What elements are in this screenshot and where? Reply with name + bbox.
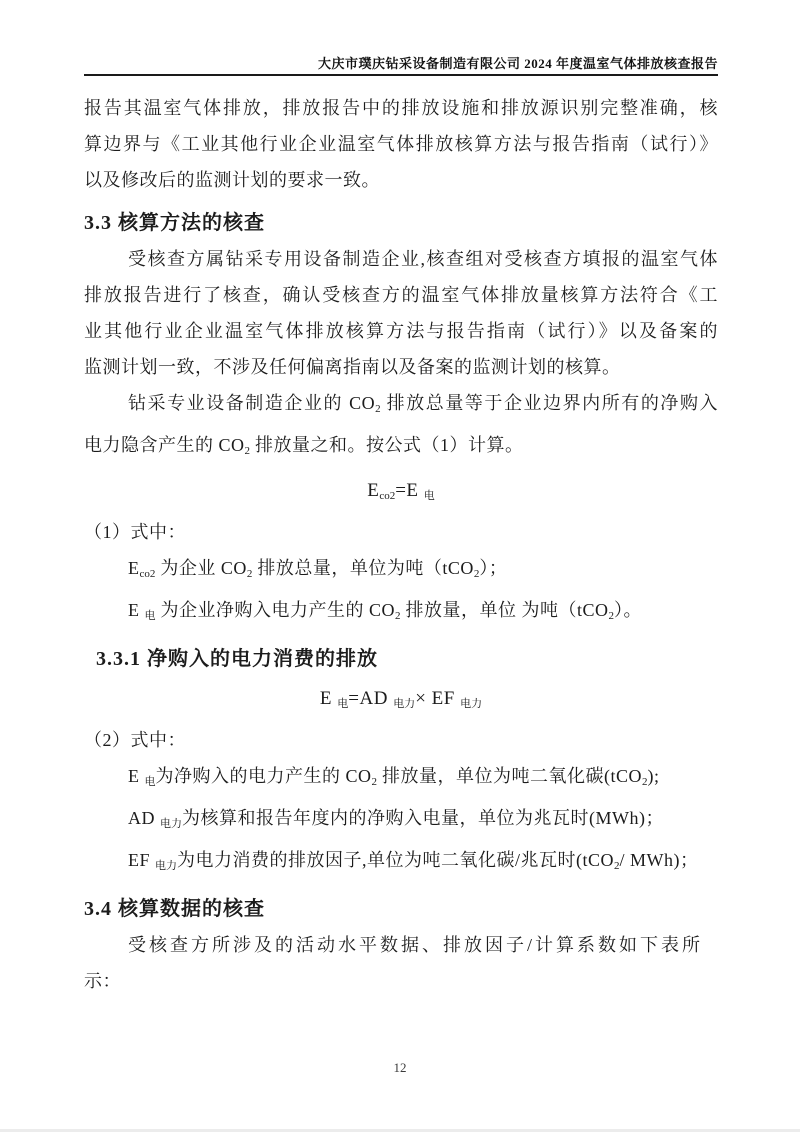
text-run: E (128, 600, 145, 620)
body-line: 排放报告进行了核查，确认受核查方的温室气体排放量核算方法符合《工 (84, 277, 718, 313)
text-run: E (367, 480, 379, 501)
section-heading-3-3: 3.3 核算方法的核查 (84, 205, 718, 241)
text-run: 电力隐含产生的 CO (84, 435, 245, 455)
text-run: 业其他行业企业温室气体排放核算方法与报告指南（试行）》以及备案的 (84, 321, 718, 341)
text-run: AD (128, 808, 160, 828)
body-line: EF 电力为电力消费的排放因子,单位为吨二氧化碳/兆瓦时(tCO2/ MWh)； (84, 842, 718, 884)
text-run: 报告其温室气体排放，排放报告中的排放设施和排放源识别完整准确，核 (84, 98, 718, 118)
text-run: 排放总量，单位为吨（tCO (252, 558, 474, 578)
subscript-text: 电力 (155, 860, 177, 872)
text-run: 示： (84, 971, 121, 991)
text-run: 钻采专业设备制造企业的 CO (128, 393, 375, 413)
text-run: EF (128, 850, 155, 870)
body-line: E 电 为企业净购入电力产生的 CO2 排放量，单位 为吨（tCO2）。 (84, 592, 718, 634)
subscript-text: 电 (424, 490, 435, 502)
section-heading-3-4: 3.4 核算数据的核查 (84, 891, 718, 927)
text-run: 排放量，单位 为吨（tCO (401, 600, 609, 620)
body-line: 算边界与《工业其他行业企业温室气体排放核算方法与报告指南（试行）》 (84, 126, 718, 162)
text-run: =AD (348, 688, 393, 709)
subscript-text: 电力 (393, 698, 415, 710)
subscript-text: 电 (145, 776, 156, 788)
body-line: 受核查方所涉及的活动水平数据、排放因子/计算系数如下表所 (84, 927, 718, 963)
text-run: E (128, 558, 140, 578)
body-line: 钻采专业设备制造企业的 CO2 排放总量等于企业边界内所有的净购入 (84, 385, 718, 427)
subscript-text: 电 (145, 610, 156, 622)
text-run: =E (395, 480, 424, 501)
body-line: 监测计划一致，不涉及任何偏离指南以及备案的监测计划的核算。 (84, 349, 718, 385)
text-run: 为企业 CO (155, 558, 247, 578)
text-run: 3.4 核算数据的核查 (84, 898, 265, 920)
text-run: / MWh)； (620, 850, 699, 870)
text-run: 排放量之和。按公式（1）计算。 (250, 435, 524, 455)
body-line: Eco2 为企业 CO2 排放总量，单位为吨（tCO2）； (84, 550, 718, 592)
subscript-text: 电力 (160, 818, 182, 830)
body-line: （2）式中： (84, 722, 718, 758)
subscript-text: 电 (337, 698, 348, 710)
running-header: 大庆市璞庆钻采设备制造有限公司 2024 年度温室气体排放核查报告 (84, 53, 718, 72)
text-run: 为企业净购入电力产生的 CO (156, 600, 396, 620)
body-line: 电力隐含产生的 CO2 排放量之和。按公式（1）计算。 (84, 427, 718, 469)
formula-1: Eco2=E 电 (84, 473, 718, 514)
document-body: 报告其温室气体排放，排放报告中的排放设施和排放源识别完整准确，核算边界与《工业其… (84, 90, 718, 999)
body-line: 示： (84, 963, 718, 999)
subscript-text: 电力 (460, 698, 482, 710)
body-line: E 电为净购入的电力产生的 CO2 排放量，单位为吨二氧化碳(tCO2); (84, 758, 718, 800)
body-line: 受核查方属钻采专用设备制造企业,核查组对受核查方填报的温室气体 (84, 241, 718, 277)
body-line: （1）式中： (84, 514, 718, 550)
text-run: × EF (415, 688, 460, 709)
text-run: 为净购入的电力产生的 CO (156, 766, 372, 786)
body-line: 以及修改后的监测计划的要求一致。 (84, 162, 718, 198)
formula-2: E 电=AD 电力× EF 电力 (84, 681, 718, 722)
text-run: （2）式中： (84, 730, 186, 750)
text-run: 受核查方属钻采专用设备制造企业,核查组对受核查方填报的温室气体 (128, 249, 718, 269)
section-heading-3-3-1: 3.3.1 净购入的电力消费的排放 (84, 641, 718, 677)
page-number: 12 (0, 1060, 800, 1076)
text-run: ）； (479, 558, 507, 578)
text-run: 排放量，单位为吨二氧化碳(tCO (377, 766, 642, 786)
text-run: E (128, 766, 145, 786)
text-run: 为核算和报告年度内的净购入电量，单位为兆瓦时(MWh)； (182, 808, 664, 828)
text-run: 排放总量等于企业边界内所有的净购入 (381, 393, 718, 413)
text-run: ); (648, 766, 660, 786)
text-run: ）。 (614, 600, 642, 620)
body-line: 业其他行业企业温室气体排放核算方法与报告指南（试行）》以及备案的 (84, 313, 718, 349)
text-run: 排放报告进行了核查，确认受核查方的温室气体排放量核算方法符合《工 (84, 285, 718, 305)
text-run: 算边界与《工业其他行业企业温室气体排放核算方法与报告指南（试行）》 (84, 134, 718, 154)
text-run: 3.3 核算方法的核查 (84, 212, 265, 234)
text-run: （1）式中： (84, 522, 186, 542)
document-page: 大庆市璞庆钻采设备制造有限公司 2024 年度温室气体排放核查报告 报告其温室气… (0, 0, 800, 1132)
text-run: 为电力消费的排放因子,单位为吨二氧化碳/兆瓦时(tCO (177, 850, 614, 870)
text-run: 监测计划一致，不涉及任何偏离指南以及备案的监测计划的核算。 (84, 357, 621, 377)
body-line: AD 电力为核算和报告年度内的净购入电量，单位为兆瓦时(MWh)； (84, 800, 718, 842)
text-run: 3.3.1 净购入的电力消费的排放 (96, 648, 378, 670)
body-line: 报告其温室气体排放，排放报告中的排放设施和排放源识别完整准确，核 (84, 90, 718, 126)
text-run: E (320, 688, 337, 709)
header-divider (84, 74, 718, 76)
text-run: 受核查方所涉及的活动水平数据、排放因子/计算系数如下表所 (128, 935, 703, 955)
text-run: 以及修改后的监测计划的要求一致。 (84, 170, 380, 190)
subscript-text: co2 (140, 568, 156, 580)
subscript-text: co2 (379, 490, 395, 502)
